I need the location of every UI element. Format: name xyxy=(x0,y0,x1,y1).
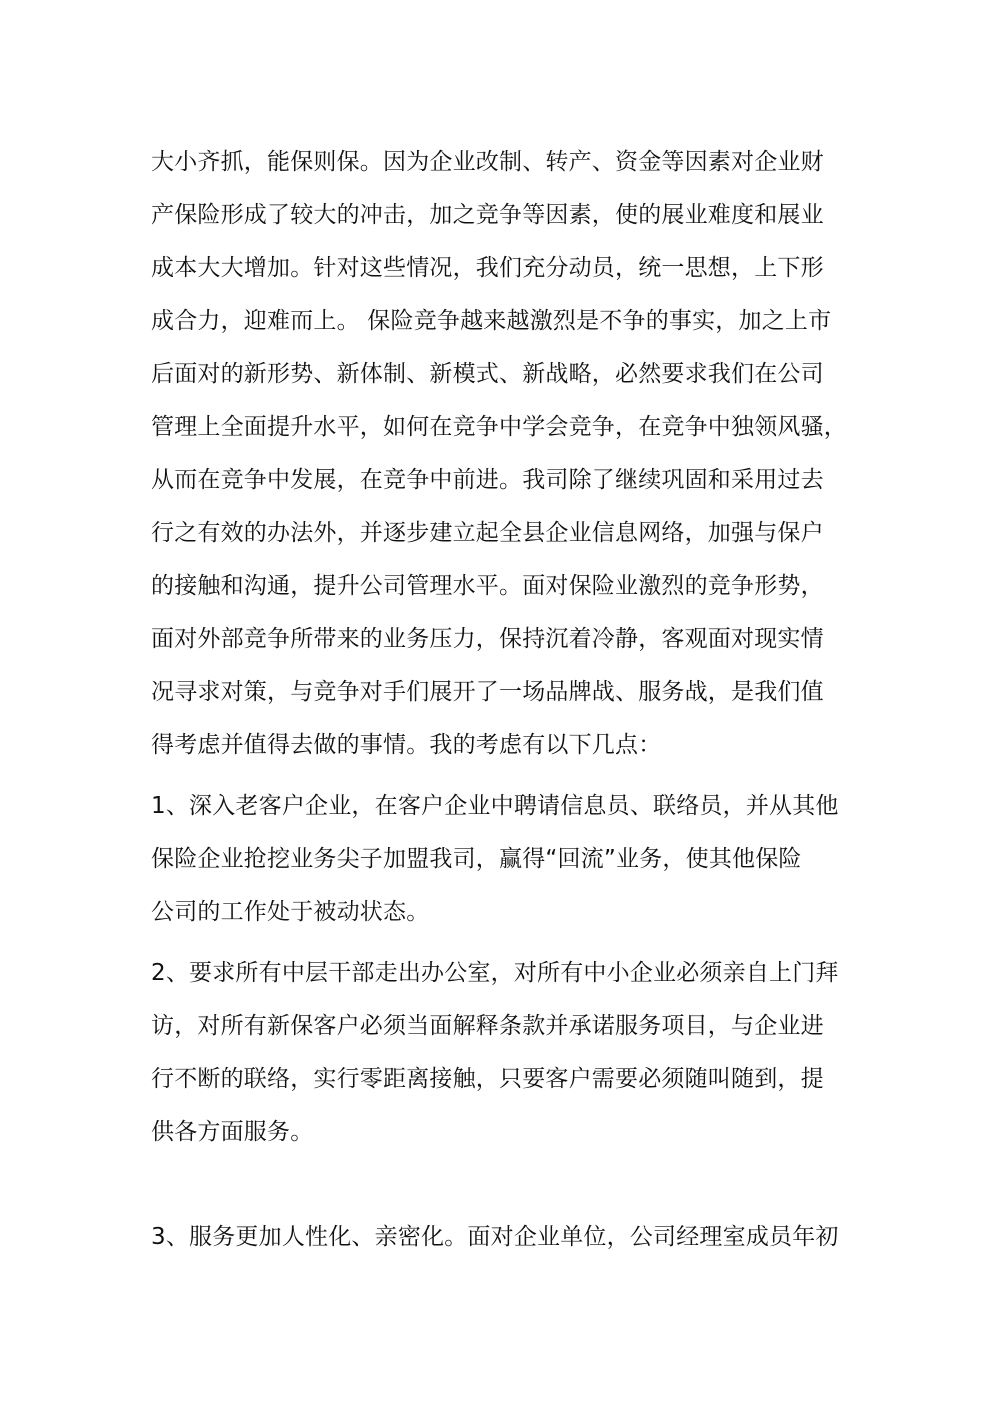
list-item-2-line: 访，对所有新保客户必须当面解释条款并承诺服务项目，与企业进 xyxy=(151,1011,824,1041)
paragraph-line: 产保险形成了较大的冲击，加之竞争等因素，使的展业难度和展业 xyxy=(151,200,824,230)
paragraph-line: 的接触和沟通，提升公司管理水平。面对保险业激烈的竞争形势， xyxy=(151,571,824,601)
list-item-1-line: 1、深入老客户企业，在客户企业中聘请信息员、联络员，并从其他 xyxy=(151,791,839,821)
paragraph-line: 得考虑并值得去做的事情。我的考虑有以下几点： xyxy=(151,730,661,760)
list-item-2-line: 行不断的联络，实行零距离接触，只要客户需要必须随叫随到，提 xyxy=(151,1064,824,1094)
paragraph-line: 面对外部竞争所带来的业务压力，保持沉着冷静，客观面对现实情 xyxy=(151,624,824,654)
list-item-3-line: 3、服务更加人性化、亲密化。面对企业单位，公司经理室成员年初 xyxy=(151,1222,839,1252)
list-item-1-line: 公司的工作处于被动状态。 xyxy=(151,897,429,927)
paragraph-line: 大小齐抓，能保则保。因为企业改制、转产、资金等因素对企业财 xyxy=(151,147,824,177)
paragraph-line: 管理上全面提升水平，如何在竞争中学会竞争，在竞争中独领风骚， xyxy=(151,412,847,442)
paragraph-line: 况寻求对策，与竞争对手们展开了一场品牌战、服务战，是我们值 xyxy=(151,677,824,707)
paragraph-line: 成本大大增加。针对这些情况，我们充分动员，统一思想，上下形 xyxy=(151,253,824,283)
paragraph-line: 从而在竞争中发展，在竞争中前进。我司除了继续巩固和采用过去 xyxy=(151,465,824,495)
paragraph-line: 行之有效的办法外，并逐步建立起全县企业信息网络，加强与保户 xyxy=(151,518,824,548)
list-item-2-line: 供各方面服务。 xyxy=(151,1117,313,1147)
list-item-1-line: 保险企业抢挖业务尖子加盟我司，赢得“回流”业务，使其他保险 xyxy=(151,844,802,874)
paragraph-line: 成合力，迎难而上。 保险竞争越来越激烈是不争的事实，加之上市 xyxy=(151,306,831,336)
list-item-2-line: 2、要求所有中层干部走出办公室，对所有中小企业必须亲自上门拜 xyxy=(151,958,839,988)
paragraph-line: 后面对的新形势、新体制、新模式、新战略，必然要求我们在公司 xyxy=(151,359,824,389)
document-page: 大小齐抓，能保则保。因为企业改制、转产、资金等因素对企业财 产保险形成了较大的冲… xyxy=(0,0,1000,1415)
